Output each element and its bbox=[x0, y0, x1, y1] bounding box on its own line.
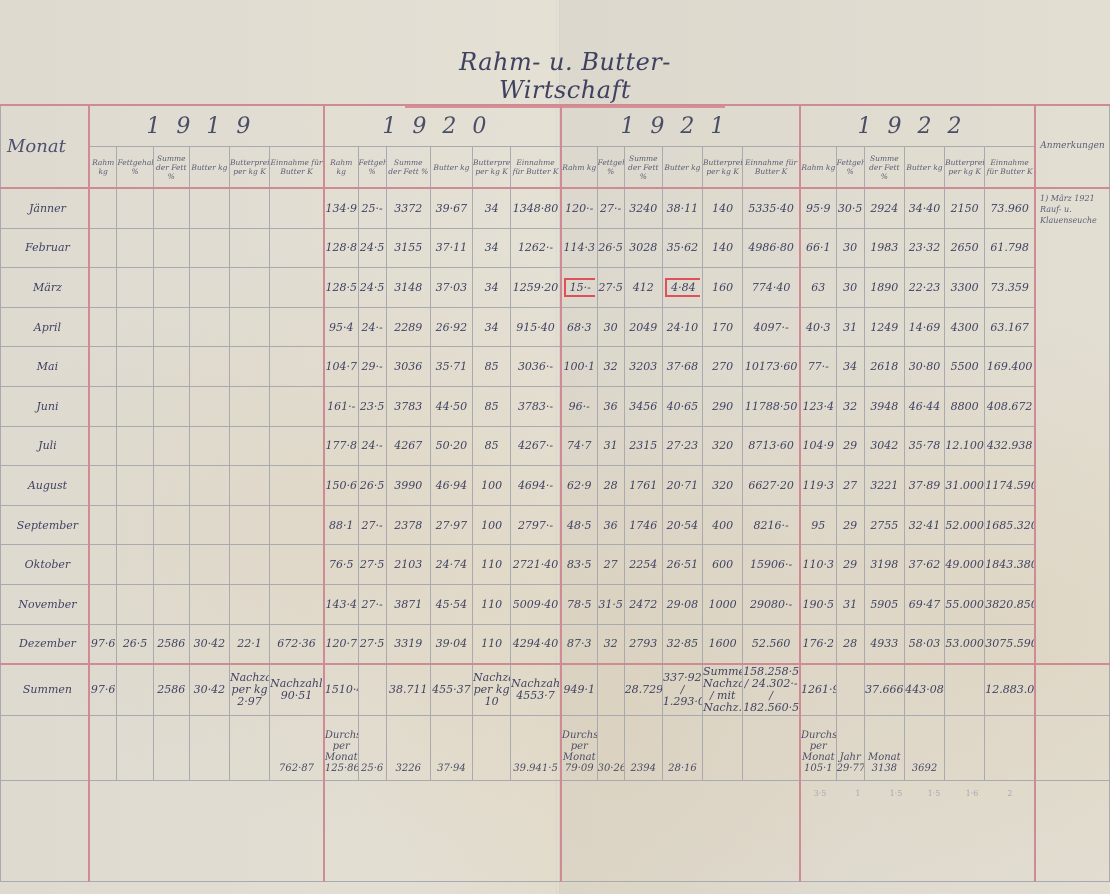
table-cell: 32 bbox=[597, 624, 624, 664]
table-cell: 1259·20 bbox=[511, 268, 561, 308]
faint-mark: 1·5 bbox=[915, 789, 953, 798]
average-cell: 762·87 bbox=[270, 716, 324, 781]
column-header: Fettgehalt % bbox=[597, 147, 624, 189]
table-cell: 37·68 bbox=[662, 347, 702, 387]
column-header: Rahm kg bbox=[324, 147, 358, 189]
table-cell: 27·- bbox=[358, 584, 386, 624]
sum-cell: 2586 bbox=[153, 664, 189, 716]
table-cell: 29 bbox=[836, 505, 864, 545]
average-cell: 3692 bbox=[904, 716, 944, 781]
month-label: März bbox=[1, 268, 89, 308]
sum-cell: Nachzahlung per kg 2·97 bbox=[229, 664, 269, 716]
table-cell: 6627·20 bbox=[743, 466, 800, 506]
average-cell: 37·94 bbox=[430, 716, 472, 781]
table-cell: 20·54 bbox=[662, 505, 702, 545]
table-cell: 3820.850 bbox=[985, 584, 1035, 624]
column-header: Butterpreis per kg K bbox=[473, 147, 511, 189]
table-cell: 2618 bbox=[864, 347, 904, 387]
year-header-1920: 1920 bbox=[324, 105, 561, 147]
table-cell: 2378 bbox=[386, 505, 430, 545]
table-cell: 123·4 bbox=[800, 386, 836, 426]
sum-cell: 12.883.024 bbox=[985, 664, 1035, 716]
table-cell: 63.167 bbox=[985, 307, 1035, 347]
table-cell: 30 bbox=[836, 268, 864, 308]
ledger-table: Monat 1919 1920 1921 1922 Anmerkungen Ra… bbox=[0, 104, 1110, 882]
month-label: Juni bbox=[1, 386, 89, 426]
table-cell bbox=[189, 268, 229, 308]
table-cell: 52.000 bbox=[945, 505, 985, 545]
table-cell: 87·3 bbox=[561, 624, 597, 664]
table-cell: 52.560 bbox=[743, 624, 800, 664]
table-cell: 3372 bbox=[386, 188, 430, 228]
sum-cell: 337·92 / 1.293·02 bbox=[662, 664, 702, 716]
table-cell bbox=[189, 386, 229, 426]
table-cell: 34·40 bbox=[904, 188, 944, 228]
table-cell: 160 bbox=[703, 268, 743, 308]
table-cell: 34 bbox=[836, 347, 864, 387]
column-header: Rahm kg bbox=[89, 147, 117, 189]
table-cell: 29 bbox=[836, 545, 864, 585]
table-cell: 3042 bbox=[864, 426, 904, 466]
table-cell: 134·9 bbox=[324, 188, 358, 228]
sum-cell: 949·1 bbox=[561, 664, 597, 716]
average-cell: 3226 bbox=[386, 716, 430, 781]
table-cell bbox=[229, 426, 269, 466]
table-cell: 50·20 bbox=[430, 426, 472, 466]
table-cell: 34 bbox=[473, 307, 511, 347]
average-cell: Durchschnitt per Monat 125·86 bbox=[324, 716, 358, 781]
column-header: Summe der Fett % bbox=[864, 147, 904, 189]
table-cell: 40·65 bbox=[662, 386, 702, 426]
table-cell bbox=[89, 466, 117, 506]
table-cell bbox=[189, 545, 229, 585]
sum-cell: 158.258·5 / 24.302·- / 182.560·5 bbox=[743, 664, 800, 716]
table-cell: 4933 bbox=[864, 624, 904, 664]
table-cell: 37·11 bbox=[430, 228, 472, 268]
table-cell: 27·5 bbox=[597, 268, 624, 308]
table-cell: 2049 bbox=[624, 307, 662, 347]
table-cell: 4267·- bbox=[511, 426, 561, 466]
sum-cell: Nachzahlung per kg 10 bbox=[473, 664, 511, 716]
sum-cell: 30·42 bbox=[189, 664, 229, 716]
column-header: Rahm kg bbox=[800, 147, 836, 189]
table-cell: 27·5 bbox=[358, 624, 386, 664]
table-cell: 27·97 bbox=[430, 505, 472, 545]
table-cell: 49.000 bbox=[945, 545, 985, 585]
table-cell: 4294·40 bbox=[511, 624, 561, 664]
table-cell bbox=[153, 386, 189, 426]
table-cell: 774·40 bbox=[743, 268, 800, 308]
table-cell: 140 bbox=[703, 188, 743, 228]
table-cell: 26·5 bbox=[358, 466, 386, 506]
table-cell: 2150 bbox=[945, 188, 985, 228]
table-cell bbox=[270, 466, 324, 506]
table-cell bbox=[189, 466, 229, 506]
month-label: Dezember bbox=[1, 624, 89, 664]
table-cell: 85 bbox=[473, 347, 511, 387]
sum-cell: 37.666 bbox=[864, 664, 904, 716]
table-cell: 30 bbox=[836, 228, 864, 268]
table-cell bbox=[189, 228, 229, 268]
row-label: Summen bbox=[1, 664, 89, 716]
table-cell bbox=[89, 188, 117, 228]
table-cell: 30·5 bbox=[836, 188, 864, 228]
table-cell bbox=[153, 505, 189, 545]
table-cell: 169.400 bbox=[985, 347, 1035, 387]
table-cell: 3948 bbox=[864, 386, 904, 426]
table-cell: 29 bbox=[836, 426, 864, 466]
row-label bbox=[1, 716, 89, 781]
month-label: April bbox=[1, 307, 89, 347]
table-cell: 177·8 bbox=[324, 426, 358, 466]
table-cell: 36 bbox=[597, 386, 624, 426]
table-cell: 29·- bbox=[358, 347, 386, 387]
ledger-page: Rahm- u. Butter-Wirtschaft Monat 1919 19… bbox=[0, 0, 1110, 894]
average-cell: Durchschnitt per Monat 79·09 bbox=[561, 716, 597, 781]
remarks-cell bbox=[1035, 716, 1110, 781]
table-cell: 27 bbox=[836, 466, 864, 506]
table-cell: 32·41 bbox=[904, 505, 944, 545]
table-cell: 2586 bbox=[153, 624, 189, 664]
table-cell bbox=[229, 228, 269, 268]
table-cell bbox=[189, 307, 229, 347]
table-cell bbox=[117, 268, 153, 308]
table-cell: 88·1 bbox=[324, 505, 358, 545]
table-cell: 78·5 bbox=[561, 584, 597, 624]
column-header: Einnahme für Butter K bbox=[743, 147, 800, 189]
table-cell: 20·71 bbox=[662, 466, 702, 506]
month-label: Februar bbox=[1, 228, 89, 268]
table-cell: 3319 bbox=[386, 624, 430, 664]
table-cell: 31·5 bbox=[597, 584, 624, 624]
table-cell: 69·47 bbox=[904, 584, 944, 624]
table-cell bbox=[89, 228, 117, 268]
average-cell: 39.941·5 bbox=[511, 716, 561, 781]
table-cell bbox=[153, 188, 189, 228]
table-cell: 3783 bbox=[386, 386, 430, 426]
table-row: September88·127·-237827·971002797·-48·53… bbox=[1, 505, 1110, 545]
table-cell: 3036·- bbox=[511, 347, 561, 387]
table-cell bbox=[229, 268, 269, 308]
table-cell bbox=[153, 584, 189, 624]
table-row: April95·424·-228926·9234915·4068·3302049… bbox=[1, 307, 1110, 347]
table-cell bbox=[89, 505, 117, 545]
table-cell: 140 bbox=[703, 228, 743, 268]
table-cell: 3456 bbox=[624, 386, 662, 426]
table-cell bbox=[89, 584, 117, 624]
table-cell bbox=[117, 466, 153, 506]
table-cell: 1843.380 bbox=[985, 545, 1035, 585]
table-cell bbox=[229, 307, 269, 347]
sum-cell: 443·08 bbox=[904, 664, 944, 716]
table-cell bbox=[153, 426, 189, 466]
table-cell bbox=[89, 545, 117, 585]
table-cell bbox=[270, 188, 324, 228]
table-cell: 34 bbox=[473, 228, 511, 268]
table-cell: 161·- bbox=[324, 386, 358, 426]
average-cell: Jahr 29·77 bbox=[836, 716, 864, 781]
table-cell: 23·32 bbox=[904, 228, 944, 268]
sum-cell bbox=[358, 664, 386, 716]
table-cell: 190·5 bbox=[800, 584, 836, 624]
sum-cell: 1261·9 bbox=[800, 664, 836, 716]
table-cell: 3203 bbox=[624, 347, 662, 387]
table-cell: 5905 bbox=[864, 584, 904, 624]
column-header: Fettgehalt % bbox=[836, 147, 864, 189]
table-cell: 27·23 bbox=[662, 426, 702, 466]
table-cell: 45·54 bbox=[430, 584, 472, 624]
table-cell bbox=[270, 307, 324, 347]
table-cell: 63 bbox=[800, 268, 836, 308]
table-cell: 34 bbox=[473, 268, 511, 308]
month-label: August bbox=[1, 466, 89, 506]
table-cell: 120·- bbox=[561, 188, 597, 228]
year-header-1919: 1919 bbox=[89, 105, 324, 147]
table-cell: 24·10 bbox=[662, 307, 702, 347]
table-cell: 74·7 bbox=[561, 426, 597, 466]
table-cell: 1262·- bbox=[511, 228, 561, 268]
column-header: Butterpreis per kg K bbox=[703, 147, 743, 189]
table-cell: 28 bbox=[836, 624, 864, 664]
table-cell bbox=[270, 268, 324, 308]
table-row: Oktober76·527·5210324·741102721·4083·527… bbox=[1, 545, 1110, 585]
average-cell: 30·26 bbox=[597, 716, 624, 781]
table-cell: 55.000 bbox=[945, 584, 985, 624]
table-cell bbox=[117, 505, 153, 545]
average-cell bbox=[153, 716, 189, 781]
table-cell: 30 bbox=[597, 307, 624, 347]
table-cell: 46·44 bbox=[904, 386, 944, 426]
blank-row: 3·511·51·51·62 bbox=[1, 781, 1110, 882]
table-cell bbox=[89, 307, 117, 347]
average-cell bbox=[117, 716, 153, 781]
table-cell bbox=[153, 307, 189, 347]
table-cell bbox=[270, 228, 324, 268]
table-cell: 77·- bbox=[800, 347, 836, 387]
table-cell: 5335·40 bbox=[743, 188, 800, 228]
table-cell: 95·9 bbox=[800, 188, 836, 228]
table-cell: 10173·60 bbox=[743, 347, 800, 387]
table-row: Juni161·-23·5378344·50853783·-96·-363456… bbox=[1, 386, 1110, 426]
table-cell: 104·7 bbox=[324, 347, 358, 387]
table-cell: 8800 bbox=[945, 386, 985, 426]
table-cell: 110 bbox=[473, 545, 511, 585]
table-cell: 31 bbox=[836, 307, 864, 347]
blank-cell: 3·511·51·51·62 bbox=[800, 781, 1035, 882]
column-header: Rahm kg bbox=[561, 147, 597, 189]
blank-cell bbox=[1035, 781, 1110, 882]
sum-cell bbox=[117, 664, 153, 716]
average-cell bbox=[703, 716, 743, 781]
table-cell: 14·69 bbox=[904, 307, 944, 347]
remarks-header: Anmerkungen bbox=[1035, 105, 1110, 188]
table-cell: 1249 bbox=[864, 307, 904, 347]
table-cell: 4986·80 bbox=[743, 228, 800, 268]
table-cell: 25·- bbox=[358, 188, 386, 228]
table-cell bbox=[270, 347, 324, 387]
year-header-1921: 1921 bbox=[561, 105, 800, 147]
table-cell: 3783·- bbox=[511, 386, 561, 426]
sum-cell: Summe Nachzahlung / mit Nachz. bbox=[703, 664, 743, 716]
table-cell: 119·3 bbox=[800, 466, 836, 506]
table-cell: 128·8 bbox=[324, 228, 358, 268]
sum-cell: Nachzahlung 90·51 bbox=[270, 664, 324, 716]
table-cell: 22·23 bbox=[904, 268, 944, 308]
table-cell: 3198 bbox=[864, 545, 904, 585]
sum-cell: Nachzahlung 4553·7 bbox=[511, 664, 561, 716]
sum-cell: 455·37 bbox=[430, 664, 472, 716]
table-cell: 176·2 bbox=[800, 624, 836, 664]
column-header: Butter kg bbox=[189, 147, 229, 189]
table-cell: 128·5 bbox=[324, 268, 358, 308]
average-cell bbox=[189, 716, 229, 781]
table-cell: 2103 bbox=[386, 545, 430, 585]
table-cell bbox=[229, 505, 269, 545]
table-cell: 27 bbox=[597, 545, 624, 585]
average-cell: Durchschnitt per Monat 105·1 bbox=[800, 716, 836, 781]
column-header: Butter kg bbox=[430, 147, 472, 189]
table-cell: 3028 bbox=[624, 228, 662, 268]
table-cell bbox=[153, 228, 189, 268]
table-cell: 1000 bbox=[703, 584, 743, 624]
month-label: September bbox=[1, 505, 89, 545]
table-cell: 600 bbox=[703, 545, 743, 585]
table-cell bbox=[153, 268, 189, 308]
table-row: März128·524·5314837·03341259·2015·-27·54… bbox=[1, 268, 1110, 308]
table-cell: 1761 bbox=[624, 466, 662, 506]
table-cell: 96·- bbox=[561, 386, 597, 426]
table-cell bbox=[117, 307, 153, 347]
faint-mark: 1·6 bbox=[953, 789, 991, 798]
table-cell: 4·84 bbox=[662, 268, 702, 308]
table-cell: 26·5 bbox=[597, 228, 624, 268]
table-cell: 24·5 bbox=[358, 228, 386, 268]
table-cell: 24·- bbox=[358, 307, 386, 347]
table-cell: 2797·- bbox=[511, 505, 561, 545]
table-cell: 28 bbox=[597, 466, 624, 506]
red-correction-mark: 15·- bbox=[564, 278, 595, 297]
table-row: Jänner134·925·-337239·67341348·80120·-27… bbox=[1, 188, 1110, 228]
table-cell: 44·50 bbox=[430, 386, 472, 426]
table-cell: 27·5 bbox=[358, 545, 386, 585]
table-cell bbox=[189, 505, 229, 545]
table-cell: 1685.320 bbox=[985, 505, 1035, 545]
table-cell bbox=[153, 545, 189, 585]
table-cell: 85 bbox=[473, 426, 511, 466]
sum-row: Summen97·6258630·42Nachzahlung per kg 2·… bbox=[1, 664, 1110, 716]
table-cell bbox=[117, 386, 153, 426]
sum-cell bbox=[597, 664, 624, 716]
remarks-cell: 1) März 1921 Rauf- u. Klauenseuche bbox=[1035, 188, 1110, 664]
table-cell: 85 bbox=[473, 386, 511, 426]
table-cell bbox=[153, 466, 189, 506]
table-row: Februar128·824·5315537·11341262·-114·326… bbox=[1, 228, 1110, 268]
column-header: Einnahme für Butter K bbox=[270, 147, 324, 189]
table-cell: 22·1 bbox=[229, 624, 269, 664]
table-cell: 3155 bbox=[386, 228, 430, 268]
column-header: Einnahme für Butter K bbox=[985, 147, 1035, 189]
average-cell bbox=[473, 716, 511, 781]
table-cell: 97·6 bbox=[89, 624, 117, 664]
month-label: Jänner bbox=[1, 188, 89, 228]
table-cell: 3148 bbox=[386, 268, 430, 308]
table-row: Juli177·824·-426750·20854267·-74·7312315… bbox=[1, 426, 1110, 466]
table-cell: 672·36 bbox=[270, 624, 324, 664]
table-cell: 68·3 bbox=[561, 307, 597, 347]
table-cell bbox=[270, 505, 324, 545]
table-cell: 412 bbox=[624, 268, 662, 308]
table-cell: 31.000 bbox=[945, 466, 985, 506]
table-cell: 2289 bbox=[386, 307, 430, 347]
table-row: Dezember97·626·5258630·4222·1672·36120·7… bbox=[1, 624, 1110, 664]
table-cell: 2924 bbox=[864, 188, 904, 228]
year-header-1922: 1922 bbox=[800, 105, 1035, 147]
average-cell bbox=[945, 716, 985, 781]
column-header: Butter kg bbox=[904, 147, 944, 189]
table-cell: 40·3 bbox=[800, 307, 836, 347]
table-cell bbox=[229, 347, 269, 387]
table-cell: 31 bbox=[597, 426, 624, 466]
table-cell: 46·94 bbox=[430, 466, 472, 506]
table-cell bbox=[153, 347, 189, 387]
table-cell: 100·1 bbox=[561, 347, 597, 387]
table-cell: 2793 bbox=[624, 624, 662, 664]
table-cell: 37·89 bbox=[904, 466, 944, 506]
table-cell: 4267 bbox=[386, 426, 430, 466]
sum-cell: 38.711 bbox=[386, 664, 430, 716]
blank-cell bbox=[561, 781, 800, 882]
table-cell: 1348·80 bbox=[511, 188, 561, 228]
table-cell: 95·4 bbox=[324, 307, 358, 347]
sum-cell bbox=[836, 664, 864, 716]
table-cell: 35·71 bbox=[430, 347, 472, 387]
table-cell bbox=[229, 545, 269, 585]
table-cell: 24·74 bbox=[430, 545, 472, 585]
table-cell: 408.672 bbox=[985, 386, 1035, 426]
table-cell: 37·62 bbox=[904, 545, 944, 585]
faint-mark: 1·5 bbox=[877, 789, 915, 798]
table-cell bbox=[89, 347, 117, 387]
table-cell: 1174.590 bbox=[985, 466, 1035, 506]
table-cell: 100 bbox=[473, 466, 511, 506]
table-cell: 11788·50 bbox=[743, 386, 800, 426]
table-cell: 100 bbox=[473, 505, 511, 545]
month-label: Oktober bbox=[1, 545, 89, 585]
red-correction-mark: 4·84 bbox=[665, 278, 700, 297]
table-cell: 4300 bbox=[945, 307, 985, 347]
table-cell: 1983 bbox=[864, 228, 904, 268]
table-cell bbox=[270, 386, 324, 426]
column-header: Butter kg bbox=[662, 147, 702, 189]
table-cell: 35·62 bbox=[662, 228, 702, 268]
table-cell: 8713·60 bbox=[743, 426, 800, 466]
table-cell: 2254 bbox=[624, 545, 662, 585]
table-cell: 32 bbox=[836, 386, 864, 426]
table-cell: 110 bbox=[473, 624, 511, 664]
table-cell bbox=[189, 188, 229, 228]
month-header: Monat bbox=[1, 105, 89, 188]
column-header: Summe der Fett % bbox=[624, 147, 662, 189]
table-cell bbox=[270, 426, 324, 466]
table-cell bbox=[189, 347, 229, 387]
faint-mark: 3·5 bbox=[801, 789, 839, 798]
table-cell bbox=[270, 584, 324, 624]
table-cell bbox=[189, 426, 229, 466]
column-header: Butterpreis per kg K bbox=[229, 147, 269, 189]
table-cell: 2472 bbox=[624, 584, 662, 624]
table-cell: 39·67 bbox=[430, 188, 472, 228]
table-cell: 62·9 bbox=[561, 466, 597, 506]
